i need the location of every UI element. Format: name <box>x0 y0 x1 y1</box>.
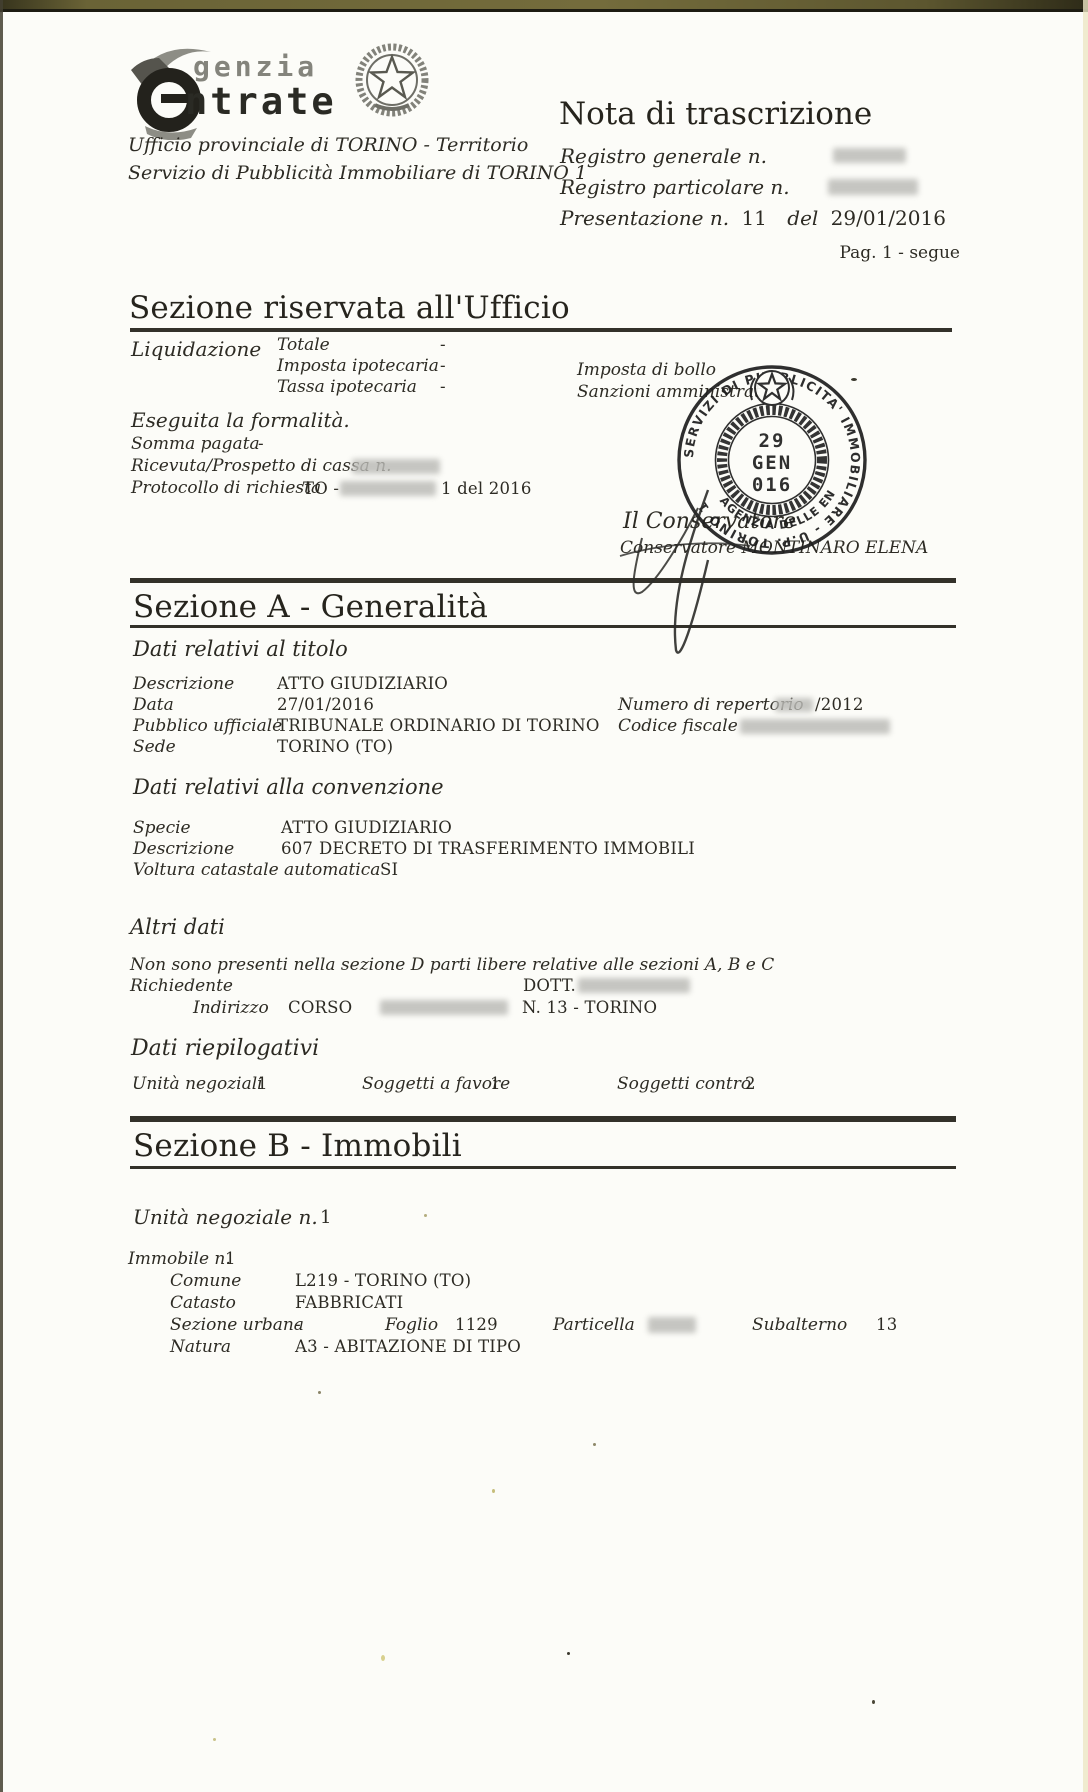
data-label: Data <box>133 695 174 715</box>
descrizione-value: ATTO GIUDIZIARIO <box>277 674 448 693</box>
subalterno-label: Subalterno <box>752 1315 847 1335</box>
scan-edge-left <box>0 0 3 1792</box>
particella-redacted-value <box>648 1317 696 1333</box>
presentazione-number: 11 <box>741 206 766 230</box>
registro-generale-label: Registro generale n. <box>560 144 767 168</box>
sub-convenzione: Dati relativi alla convenzione <box>133 775 444 799</box>
immobile-value: 1 <box>225 1249 236 1268</box>
soggetti-favore-label: Soggetti a favore <box>362 1074 510 1094</box>
scanned-document-page: genzia ntrate Ufficio provinciale di TOR… <box>0 0 1088 1792</box>
eseguita-formalita: Eseguita la formalità. <box>131 408 350 432</box>
section-a-title: Sezione A - Generalità <box>133 589 488 625</box>
specie-value: ATTO GIUDIZIARIO <box>281 818 452 837</box>
logo-text-agenzia: genzia <box>193 50 318 83</box>
scan-edge-right <box>1083 0 1088 1792</box>
particella-label: Particella <box>553 1315 635 1335</box>
descrizione-label: Descrizione <box>133 674 234 694</box>
presentazione-del: del <box>787 206 818 230</box>
office-line-2: Servizio di Pubblicità Immobiliare di TO… <box>128 162 587 184</box>
tassa-ipotecaria-value: - <box>440 377 446 396</box>
totale-label: Totale <box>277 335 330 355</box>
comune-value: L219 - TORINO (TO) <box>295 1271 471 1290</box>
imposta-ipotecaria-value: - <box>440 356 446 375</box>
rule-ufficio <box>130 328 952 332</box>
somma-pagata-label: Somma pagata <box>131 434 260 454</box>
unita-negoziale-value: 1 <box>320 1207 332 1228</box>
conservatore-signature <box>590 460 850 680</box>
data-value: 27/01/2016 <box>277 695 374 714</box>
stamp-date-day: 29 <box>759 430 786 452</box>
soggetti-contro-value: 2 <box>745 1074 756 1093</box>
office-line-1: Ufficio provinciale di TORINO - Territor… <box>128 134 528 156</box>
rule-sezione-b <box>130 1166 956 1169</box>
sede-value: TORINO (TO) <box>277 737 393 756</box>
doc-title: Nota di trascrizione <box>559 96 872 132</box>
presentazione-line: Presentazione n. 11 del 29/01/2016 <box>560 206 946 230</box>
richiedente-dott: DOTT. <box>523 976 576 995</box>
scan-speck <box>872 1700 875 1704</box>
voltura-value: SI <box>380 860 398 879</box>
section-b-title: Sezione B - Immobili <box>133 1128 462 1164</box>
scan-speck <box>381 1655 385 1661</box>
registro-generale-redacted-value <box>833 148 906 163</box>
sub-altri-dati: Altri dati <box>130 915 225 939</box>
registro-particolare-redacted-value <box>828 179 918 195</box>
section-ufficio-title: Sezione riservata all'Ufficio <box>129 290 570 326</box>
totale-value: - <box>440 335 446 354</box>
sub-riepilogo: Dati riepilogativi <box>131 1036 319 1061</box>
protocollo-fine: 1 del 2016 <box>441 479 532 498</box>
logo-agenzia-entrate: genzia ntrate <box>125 42 375 140</box>
italy-emblem-icon <box>355 43 429 121</box>
scan-speck <box>318 1391 321 1394</box>
page-indicator: Pag. 1 - segue <box>660 243 960 263</box>
tassa-ipotecaria-label: Tassa ipotecaria <box>277 377 417 397</box>
richiedente-label: Richiedente <box>130 976 233 996</box>
imposta-ipotecaria-label: Imposta ipotecaria <box>277 356 439 376</box>
somma-pagata-value: - <box>258 434 264 453</box>
protocollo-to: TO - <box>303 479 339 498</box>
pubblico-ufficiale-label: Pubblico ufficiale <box>133 716 282 736</box>
ricevuta-redacted-value <box>352 459 440 474</box>
scan-speck <box>567 1652 570 1655</box>
presentazione-date: 29/01/2016 <box>831 206 946 230</box>
richiedente-redacted-value <box>578 978 690 993</box>
unita-negoziali-label: Unità negoziali <box>132 1074 263 1094</box>
natura-value: A3 - ABITAZIONE DI TIPO <box>295 1337 521 1356</box>
nota-sezione-d: Non sono presenti nella sezione D parti … <box>130 955 774 975</box>
indirizzo-redacted-value <box>380 1000 508 1015</box>
voltura-label: Voltura catastale automatica <box>133 860 380 880</box>
catasto-value: FABBRICATI <box>295 1293 403 1312</box>
conv-descrizione-value: DECRETO DI TRASFERIMENTO IMMOBILI <box>319 839 695 858</box>
conv-descrizione-label: Descrizione <box>133 839 234 859</box>
sezione-urbana-label: Sezione urbana <box>170 1315 304 1335</box>
bar-sezione-b <box>130 1116 956 1122</box>
protocollo-redacted-value <box>340 481 436 496</box>
soggetti-contro-label: Soggetti contro <box>617 1074 751 1094</box>
scan-speck <box>593 1443 596 1446</box>
indirizzo-corso: CORSO <box>288 998 352 1017</box>
scan-edge-top <box>0 0 1088 12</box>
catasto-label: Catasto <box>170 1293 236 1313</box>
immobile-label: Immobile n. <box>128 1249 231 1269</box>
indirizzo-label: Indirizzo <box>193 998 269 1018</box>
soggetti-favore-value: 1 <box>490 1074 501 1093</box>
unita-negoziali-value: 1 <box>257 1074 268 1093</box>
scan-speck <box>213 1738 216 1741</box>
sub-dati-titolo: Dati relativi al titolo <box>133 637 348 661</box>
unita-negoziale-label: Unità negoziale n. <box>133 1205 318 1229</box>
foglio-value: 1129 <box>455 1315 498 1334</box>
sede-label: Sede <box>133 737 176 757</box>
repertorio-suffix: /2012 <box>815 695 864 714</box>
presentazione-label: Presentazione n. <box>560 206 729 230</box>
codice-fiscale-redacted-value <box>740 719 890 734</box>
protocollo-label: Protocollo di richiesta <box>131 478 321 498</box>
specie-label: Specie <box>133 818 191 838</box>
subalterno-value: 13 <box>876 1315 897 1334</box>
comune-label: Comune <box>170 1271 241 1291</box>
liquidazione-label: Liquidazione <box>131 337 261 361</box>
scan-speck <box>492 1489 495 1493</box>
natura-label: Natura <box>170 1337 231 1357</box>
foglio-label: Foglio <box>385 1315 438 1335</box>
conv-descrizione-code: 607 <box>281 839 313 858</box>
scan-speck <box>424 1214 427 1217</box>
repertorio-redacted-value <box>775 698 813 712</box>
registro-particolare-label: Registro particolare n. <box>560 175 790 199</box>
indirizzo-fine: N. 13 - TORINO <box>522 998 657 1017</box>
codice-fiscale-label: Codice fiscale <box>618 716 738 736</box>
pubblico-ufficiale-value: TRIBUNALE ORDINARIO DI TORINO <box>277 716 600 735</box>
sezione-urbana-value: - <box>295 1315 301 1334</box>
logo-text-entrate: ntrate <box>185 80 337 123</box>
